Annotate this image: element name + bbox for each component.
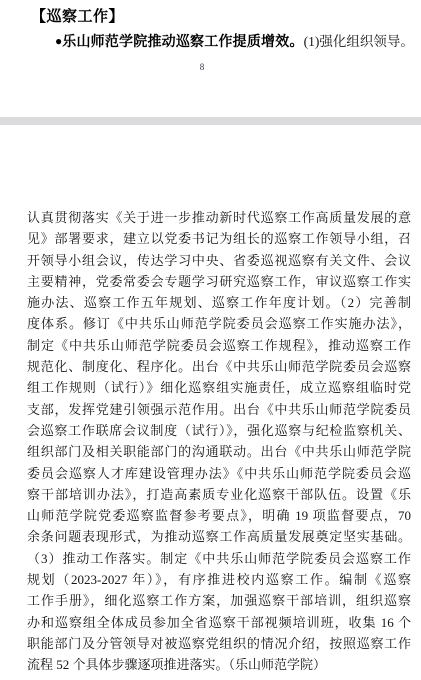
document-page: 【巡察工作】 ●乐山师范学院推动巡察工作提质增效。(1)强化组织领导。 8 认真…	[0, 0, 421, 680]
body-line: 察干部培训办法》，打造高素质专业化巡察干部队伍。设置《乐	[27, 484, 411, 505]
body-line: 职能部门及分管领导对被巡察党组织的情况介绍，按照巡察工作	[27, 633, 411, 654]
section-heading: 【巡察工作】	[31, 5, 124, 26]
article-headline: ●乐山师范学院推动巡察工作提质增效。(1)强化组织领导。	[55, 30, 413, 51]
body-line: 流程 52 个具体步骤逐项推进落实。（乐山师范学院）	[27, 654, 411, 675]
body-paragraph: 认真贯彻落实《关于进一步推动新时代巡察工作高质量发展的意 见》部署要求，建立以党…	[27, 207, 411, 676]
body-line: 办和巡察组全体成员参加全省巡察干部视频培训班，收集 16 个	[27, 612, 411, 633]
body-line: 组工作规则（试行）》细化巡察组实施责任，成立巡察组临时党	[27, 377, 411, 398]
body-line: 开领导小组会议，传达学习中央、省委巡视巡察有关文件、会议	[27, 250, 411, 271]
body-line: 山师范学院党委巡察监督参考要点》，明确 19 项监督要点，70	[27, 505, 411, 526]
body-line: 余条问题表现形式，为推动巡察工作高质量发展奠定坚实基础。	[27, 526, 411, 547]
body-line: 制定《中共乐山师范学院委员会巡察工作规程》，推动巡察工作	[27, 335, 411, 356]
body-line: 规范化、制度化、程序化。出台《中共乐山师范学院委员会巡察	[27, 356, 411, 377]
body-line: 认真贯彻落实《关于进一步推动新时代巡察工作高质量发展的意	[27, 207, 411, 228]
body-line: （3）推动工作落实。制定《中共乐山师范学院委员会巡察工作	[27, 548, 411, 569]
body-line: 会巡察工作联席会议制度（试行）》，强化巡察与纪检监察机关、	[27, 420, 411, 441]
body-line: 主要精神，党委常委会专题学习研究巡察工作，审议巡察工作实	[27, 271, 411, 292]
body-line: 工作手册》，细化巡察工作方案，加强巡察干部培训，组织巡察	[27, 590, 411, 611]
body-line: 见》部署要求，建立以党委书记为组长的巡察工作领导小组，召	[27, 228, 411, 249]
body-line: 组织部门及相关职能部门的沟通联动。出台《中共乐山师范学院	[27, 441, 411, 462]
page-number: 8	[0, 62, 404, 72]
body-line: 规划（2023-2027 年）》，有序推进校内巡察工作。编制《巡察	[27, 569, 411, 590]
page-separator	[0, 117, 421, 125]
body-line: 支部，发挥党建引领强示范作用。出台《中共乐山师范学院委员	[27, 399, 411, 420]
headline-bold-text: 乐山师范学院推动巡察工作提质增效。	[62, 33, 303, 49]
body-line: 度体系。修订《中共乐山师范学院委员会巡察工作实施办法》，	[27, 313, 411, 334]
body-line: 委员会巡察人才库建设管理办法》《中共乐山师范学院委员会巡	[27, 463, 411, 484]
body-line: 施办法、巡察工作五年规划、巡察工作年度计划。（2）完善制	[27, 292, 411, 313]
headline-rest-text: (1)强化组织领导。	[304, 34, 414, 49]
